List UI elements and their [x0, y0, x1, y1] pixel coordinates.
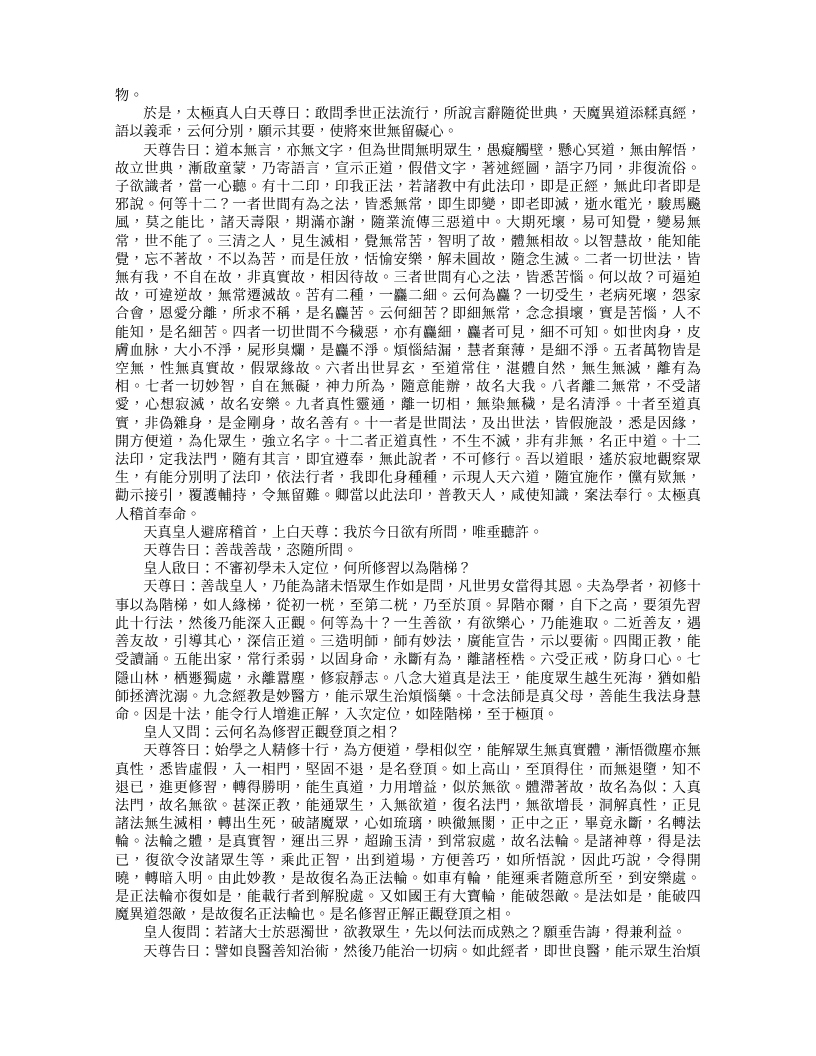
- paragraph: 物。: [115, 87, 701, 105]
- paragraph: 天真皇人避席稽首，上白天尊：我於今日欲有所問，唯垂聽許。: [115, 524, 701, 542]
- paragraph: 於是，太極真人白天尊曰：敢問季世正法流行，所說言辭隨從世典，天魔異道添糅真經，語…: [115, 105, 701, 141]
- paragraph: 皇人又問：云何名為修習正觀登頂之相？: [115, 724, 701, 742]
- document-page: 物。於是，太極真人白天尊曰：敢問季世正法流行，所說言辭隨從世典，天魔異道添糅真經…: [0, 0, 816, 1056]
- paragraph: 天尊告曰：譬如良醫善知治術，然後乃能治一切病。如此經者，即世良醫，能示眾生治煩: [115, 943, 701, 961]
- paragraph: 天尊答曰：始學之人精修十行，為方便道，學相似空，能解眾生無真實體，漸悟微塵亦無真…: [115, 742, 701, 924]
- paragraph: 皇人啟曰：不審初學未入定位，何所修習以為階梯？: [115, 560, 701, 578]
- page-text: 物。於是，太極真人白天尊曰：敢問季世正法流行，所說言辭隨從世典，天魔異道添糅真經…: [115, 87, 701, 961]
- paragraph: 天尊曰：善哉皇人，乃能為諸未悟眾生作如是問，凡世男女當得其恩。夫為學者，初修十事…: [115, 578, 701, 724]
- paragraph: 皇人復問：若諸大士於惡濁世，欲教眾生，先以何法而成熟之？願垂告誨，得兼利益。: [115, 924, 701, 942]
- paragraph: 天尊告曰：道本無言，亦無文字，但為世間無明眾生，愚癡觸壁，懸心冥道，無由解悟，故…: [115, 142, 701, 524]
- paragraph: 天尊告曰：善哉善哉，恣隨所問。: [115, 542, 701, 560]
